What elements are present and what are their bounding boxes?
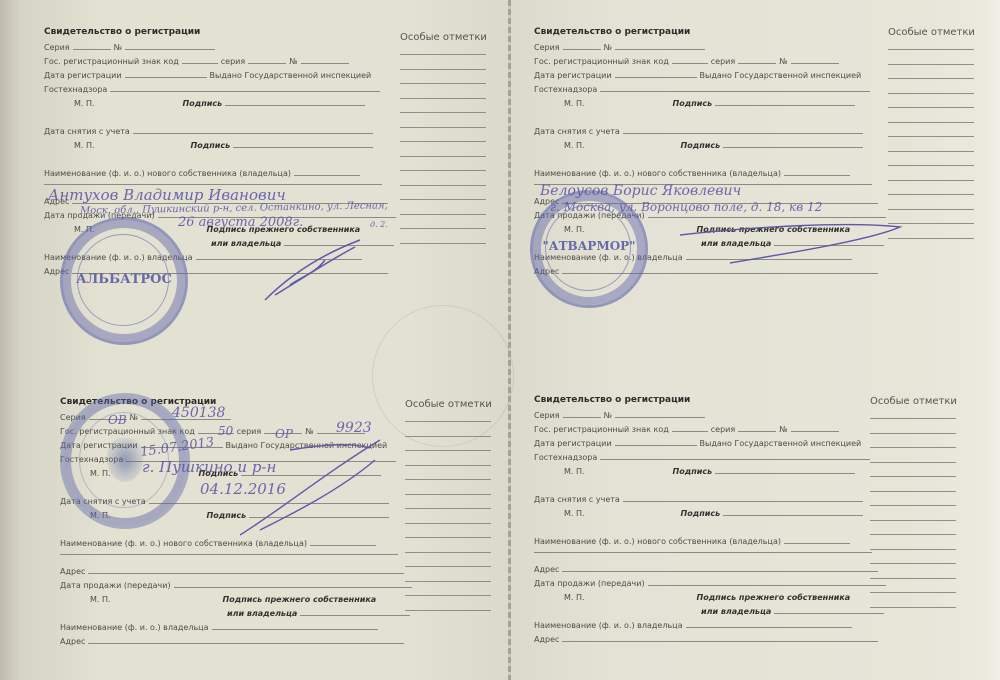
special-notes-top-right: Особые отметки <box>888 27 980 38</box>
notes-line[interactable] <box>888 78 974 79</box>
notes-line[interactable] <box>870 549 956 550</box>
notes-line[interactable] <box>405 479 491 480</box>
new-owner-field-2[interactable] <box>60 553 398 555</box>
signature-label: Подпись <box>183 99 223 108</box>
mp-label: М. П. <box>44 99 95 108</box>
sale-date-field[interactable] <box>648 584 886 586</box>
notes-heading: Особые отметки <box>870 396 962 407</box>
new-owner-field[interactable] <box>784 542 850 544</box>
notes-line[interactable] <box>405 595 491 596</box>
sale-date-label: Дата продажи (передачи) <box>60 581 171 590</box>
section-title: Свидетельство о регистрации <box>534 395 690 405</box>
notes-line[interactable] <box>870 476 956 477</box>
plate-number-label: № <box>779 57 787 66</box>
sale-date-label: Дата продажи (передачи) <box>534 579 645 588</box>
mp-label: М. П. <box>534 593 585 602</box>
dereg-field[interactable] <box>623 132 863 134</box>
number-field[interactable] <box>125 48 215 50</box>
owner-label: Наименование (ф. и. о.) владельца <box>534 621 683 630</box>
notes-line[interactable] <box>405 537 491 538</box>
notes-line[interactable] <box>888 49 974 50</box>
notes-line[interactable] <box>870 520 956 521</box>
section-title: Свидетельство о регистрации <box>534 27 690 37</box>
notes-heading: Особые отметки <box>405 399 497 410</box>
address-field[interactable] <box>562 570 878 572</box>
notes-line[interactable] <box>870 447 956 448</box>
stamp-text: "АТВАРМОР" <box>533 239 645 253</box>
dereg-field[interactable] <box>623 500 863 502</box>
mp-label: М. П. <box>534 509 585 518</box>
notes-line[interactable] <box>888 194 974 195</box>
notes-line[interactable] <box>400 69 486 70</box>
notes-line[interactable] <box>405 494 491 495</box>
signature-label: Подпись <box>673 99 713 108</box>
reg-date-field[interactable] <box>615 444 697 446</box>
notes-line[interactable] <box>888 209 974 210</box>
book-spine <box>508 0 511 680</box>
plate-series-label: серия <box>711 425 735 434</box>
address-field[interactable] <box>562 640 878 642</box>
notes-line[interactable] <box>405 450 491 451</box>
handwritten-address: г. Москва, ул. Воронцово поле, д. 18, кв… <box>550 200 822 214</box>
address-label: Адрес <box>60 567 85 576</box>
number-label: № <box>114 43 122 52</box>
notes-line[interactable] <box>870 462 956 463</box>
reg-date-label: Дата регистрации <box>534 439 612 448</box>
notes-line[interactable] <box>400 83 486 84</box>
special-notes-bottom-left: Особые отметки <box>405 399 497 410</box>
reg-date-field[interactable] <box>615 76 697 78</box>
plate-number-field[interactable] <box>301 62 349 64</box>
notes-line[interactable] <box>888 136 974 137</box>
gostekh-field[interactable] <box>600 458 870 460</box>
plate-number-field[interactable] <box>791 62 839 64</box>
gostekh-field[interactable] <box>600 90 870 92</box>
notes-line[interactable] <box>405 552 491 553</box>
special-notes-bottom-right: Особые отметки <box>870 396 962 407</box>
new-owner-label: Наименование (ф. и. о.) нового собственн… <box>44 169 291 178</box>
signature-field[interactable] <box>715 104 855 106</box>
notes-line[interactable] <box>400 156 486 157</box>
series-label: Серия <box>534 43 560 52</box>
series-field[interactable] <box>563 48 601 50</box>
prev-owner-signature-label-2: или владельца <box>227 609 297 618</box>
notes-line[interactable] <box>888 93 974 94</box>
owner-field[interactable] <box>212 628 378 630</box>
dereg-label: Дата снятия с учета <box>534 127 620 136</box>
new-owner-field-2[interactable] <box>534 551 872 553</box>
plate-series-field[interactable] <box>248 62 286 64</box>
mp-label: М. П. <box>534 141 585 150</box>
notes-line[interactable] <box>870 578 956 579</box>
plate-series-label: серия <box>221 57 245 66</box>
notes-line[interactable] <box>405 523 491 524</box>
notes-line[interactable] <box>870 505 956 506</box>
signature-scribble <box>230 430 390 540</box>
number-field[interactable] <box>615 416 705 418</box>
issued-label: Выдано Государственной инспекцией <box>210 71 372 80</box>
notes-line[interactable] <box>405 508 491 509</box>
plate-code-field[interactable] <box>672 62 708 64</box>
notes-line[interactable] <box>400 54 486 55</box>
address-field[interactable] <box>88 642 404 644</box>
owner-field[interactable] <box>686 626 852 628</box>
new-owner-label: Наименование (ф. и. о.) нового собственн… <box>534 537 781 546</box>
notes-line[interactable] <box>888 180 974 181</box>
notes-line[interactable] <box>400 243 486 244</box>
handwritten-address-suffix: д. 2. <box>370 220 388 229</box>
plate-number-label: № <box>289 57 297 66</box>
gostekh-label: Гостехнадзора <box>44 85 107 94</box>
new-owner-label: Наименование (ф. и. о.) нового собственн… <box>534 169 781 178</box>
series-field[interactable] <box>563 416 601 418</box>
notes-line[interactable] <box>400 199 486 200</box>
new-owner-field[interactable] <box>784 174 850 176</box>
mp-label: М. П. <box>534 467 585 476</box>
dereg-label: Дата снятия с учета <box>44 127 130 136</box>
new-owner-field[interactable] <box>310 544 376 546</box>
notes-line[interactable] <box>870 433 956 434</box>
notes-line[interactable] <box>888 151 974 152</box>
notes-line[interactable] <box>400 112 486 113</box>
owner-label: Наименование (ф. и. о.) владельца <box>60 623 209 632</box>
notes-line[interactable] <box>400 185 486 186</box>
notes-line[interactable] <box>870 491 956 492</box>
handwritten-series: ОВ <box>108 413 127 427</box>
handwritten-number: 450138 <box>172 405 225 421</box>
notes-line[interactable] <box>870 563 956 564</box>
signature-label: Подпись <box>681 509 721 518</box>
signature-label: Подпись <box>673 467 713 476</box>
number-label: № <box>604 43 612 52</box>
stamp-text: АЛЬБАТРОС <box>63 272 185 287</box>
series-field[interactable] <box>73 48 111 50</box>
plate-series-label: серия <box>711 57 735 66</box>
gostekh-field[interactable] <box>110 90 380 92</box>
new-owner-label: Наименование (ф. и. о.) нового собственн… <box>60 539 307 548</box>
notes-line[interactable] <box>405 436 491 437</box>
prev-owner-signature-field[interactable] <box>300 614 410 616</box>
notes-line[interactable] <box>870 418 956 419</box>
signature-field[interactable] <box>225 104 365 106</box>
address-label: Адрес <box>534 635 559 644</box>
reg-date-label: Дата регистрации <box>44 71 122 80</box>
mp-label: М. П. <box>534 99 585 108</box>
notes-line[interactable] <box>888 165 974 166</box>
number-label: № <box>604 411 612 420</box>
dereg-label: Дата снятия с учета <box>534 495 620 504</box>
notes-line[interactable] <box>870 534 956 535</box>
notes-line[interactable] <box>400 228 486 229</box>
plate-label: Гос. регистрационный знак код <box>534 57 669 66</box>
plate-number-label: № <box>779 425 787 434</box>
gostekh-label: Гостехнадзора <box>534 453 597 462</box>
notes-line[interactable] <box>888 107 974 108</box>
handwritten-sale-date: 26 августа 2008г. <box>178 215 303 230</box>
address-label: Адрес <box>60 637 85 646</box>
notes-line[interactable] <box>888 122 974 123</box>
special-notes-top-left: Особые отметки <box>400 32 492 43</box>
notes-line[interactable] <box>405 581 491 582</box>
notes-line[interactable] <box>888 64 974 65</box>
plate-code-field[interactable] <box>182 62 218 64</box>
signature-field[interactable] <box>723 514 863 516</box>
address-field[interactable] <box>88 572 404 574</box>
notes-line[interactable] <box>400 170 486 171</box>
number-field[interactable] <box>615 48 705 50</box>
reg-date-label: Дата регистрации <box>534 71 612 80</box>
signature-field[interactable] <box>723 146 863 148</box>
notes-line[interactable] <box>400 141 486 142</box>
watermark-emblem <box>372 305 514 447</box>
prev-owner-signature-label: Подпись прежнего собственника <box>223 595 377 604</box>
signature-label: Подпись <box>191 141 231 150</box>
gostekh-label: Гостехнадзора <box>534 85 597 94</box>
section-title: Свидетельство о регистрации <box>44 27 200 37</box>
prev-owner-signature-field[interactable] <box>774 612 884 614</box>
signature-label: Подпись <box>681 141 721 150</box>
prev-owner-signature-label: Подпись прежнего собственника <box>697 593 851 602</box>
notes-line[interactable] <box>870 592 956 593</box>
prev-owner-signature-label-2: или владельца <box>701 607 771 616</box>
notes-line[interactable] <box>870 607 956 608</box>
signature-scribble <box>670 215 910 265</box>
address-label: Адрес <box>534 565 559 574</box>
plate-number-field[interactable] <box>791 430 839 432</box>
signature-field[interactable] <box>715 472 855 474</box>
plate-code-field[interactable] <box>672 430 708 432</box>
notes-heading: Особые отметки <box>888 27 980 38</box>
coat-of-arms-icon <box>107 438 143 482</box>
signature-scribble <box>260 235 380 305</box>
series-label: Серия <box>44 43 70 52</box>
new-owner-field-2[interactable] <box>44 183 382 185</box>
notes-line[interactable] <box>400 98 486 99</box>
handwritten-new-owner: Белоусов Борис Яковлевич <box>540 183 741 199</box>
handwritten-new-owner: Антухов Владимир Иванович <box>48 186 286 204</box>
plate-series-field[interactable] <box>738 62 776 64</box>
issued-label: Выдано Государственной инспекцией <box>700 71 862 80</box>
series-label: Серия <box>534 411 560 420</box>
signature-field[interactable] <box>233 146 373 148</box>
notes-line[interactable] <box>400 214 486 215</box>
company-stamp-albatros: АЛЬБАТРОС <box>60 217 188 345</box>
mp-label: М. П. <box>44 141 95 150</box>
notes-line[interactable] <box>405 566 491 567</box>
notes-line[interactable] <box>405 610 491 611</box>
dereg-field[interactable] <box>133 132 373 134</box>
sale-date-field[interactable] <box>174 586 412 588</box>
plate-label: Гос. регистрационный знак код <box>534 425 669 434</box>
notes-line[interactable] <box>405 421 491 422</box>
notes-heading: Особые отметки <box>400 32 492 43</box>
new-owner-field[interactable] <box>294 174 360 176</box>
mp-label: М. П. <box>60 595 111 604</box>
issued-label: Выдано Государственной инспекцией <box>700 439 862 448</box>
reg-date-field[interactable] <box>125 76 207 78</box>
plate-series-field[interactable] <box>738 430 776 432</box>
notes-line[interactable] <box>405 465 491 466</box>
notes-line[interactable] <box>400 127 486 128</box>
plate-label: Гос. регистрационный знак код <box>44 57 179 66</box>
